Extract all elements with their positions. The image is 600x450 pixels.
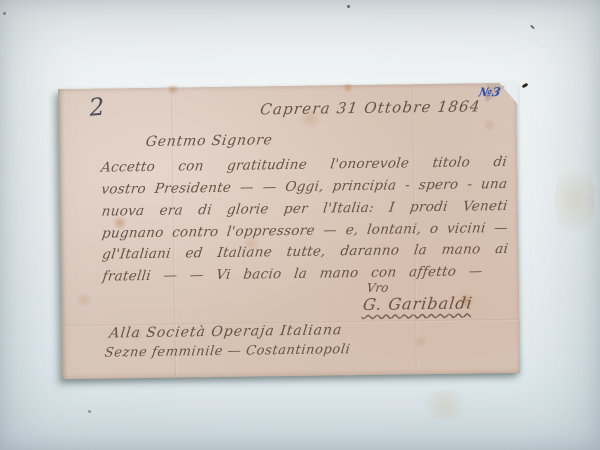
pencil-archive-number: 2 [88,93,106,122]
fox-stain [413,336,427,347]
letter-body-line: pugnano contro l'oppressore — e, lontani… [101,220,509,242]
letter-address-line: Sezne femminile — Costantinopoli [104,342,352,360]
fox-stain [75,293,93,307]
letter-salutation: Gentmo Signore [145,132,274,150]
background-smudge [420,390,470,420]
photograph-of-letter: 2 №3 Caprera 31 Ottobre 1864 Gentmo Sign… [0,0,600,450]
letter-dateline: Caprera 31 Ottobre 1864 [259,97,482,118]
paper-edge-shadow [58,89,69,379]
letter-body-line: fratelli — — Vi bacio la mano con affett… [102,263,484,284]
letter-body-line: vostro Presidente — — Oggi, principia - … [100,176,508,198]
letter-body-line: gl'Italiani ed Italiane tutte, daranno l… [101,241,509,263]
fox-stain [482,119,496,131]
dust-speck [88,410,91,413]
dust-speck [347,5,350,8]
letter-valediction: Vro [366,281,389,295]
letter-address-line: Alla Società Operaja Italiana [108,322,343,341]
letter-body-line: Accetto con gratitudine l'onorevole tito… [100,154,508,176]
letter-body-line: nuova era di glorie per l'Italia: I prod… [101,198,509,220]
tear-notch [522,83,529,89]
fox-stain [342,83,354,92]
fox-stain [166,85,180,95]
dust-speck [530,25,535,30]
dust-speck [3,12,6,15]
letter-signature: G. Garibaldi [362,293,474,314]
background-smudge [555,160,595,240]
letter-paper: 2 №3 Caprera 31 Ottobre 1864 Gentmo Sign… [58,83,520,379]
